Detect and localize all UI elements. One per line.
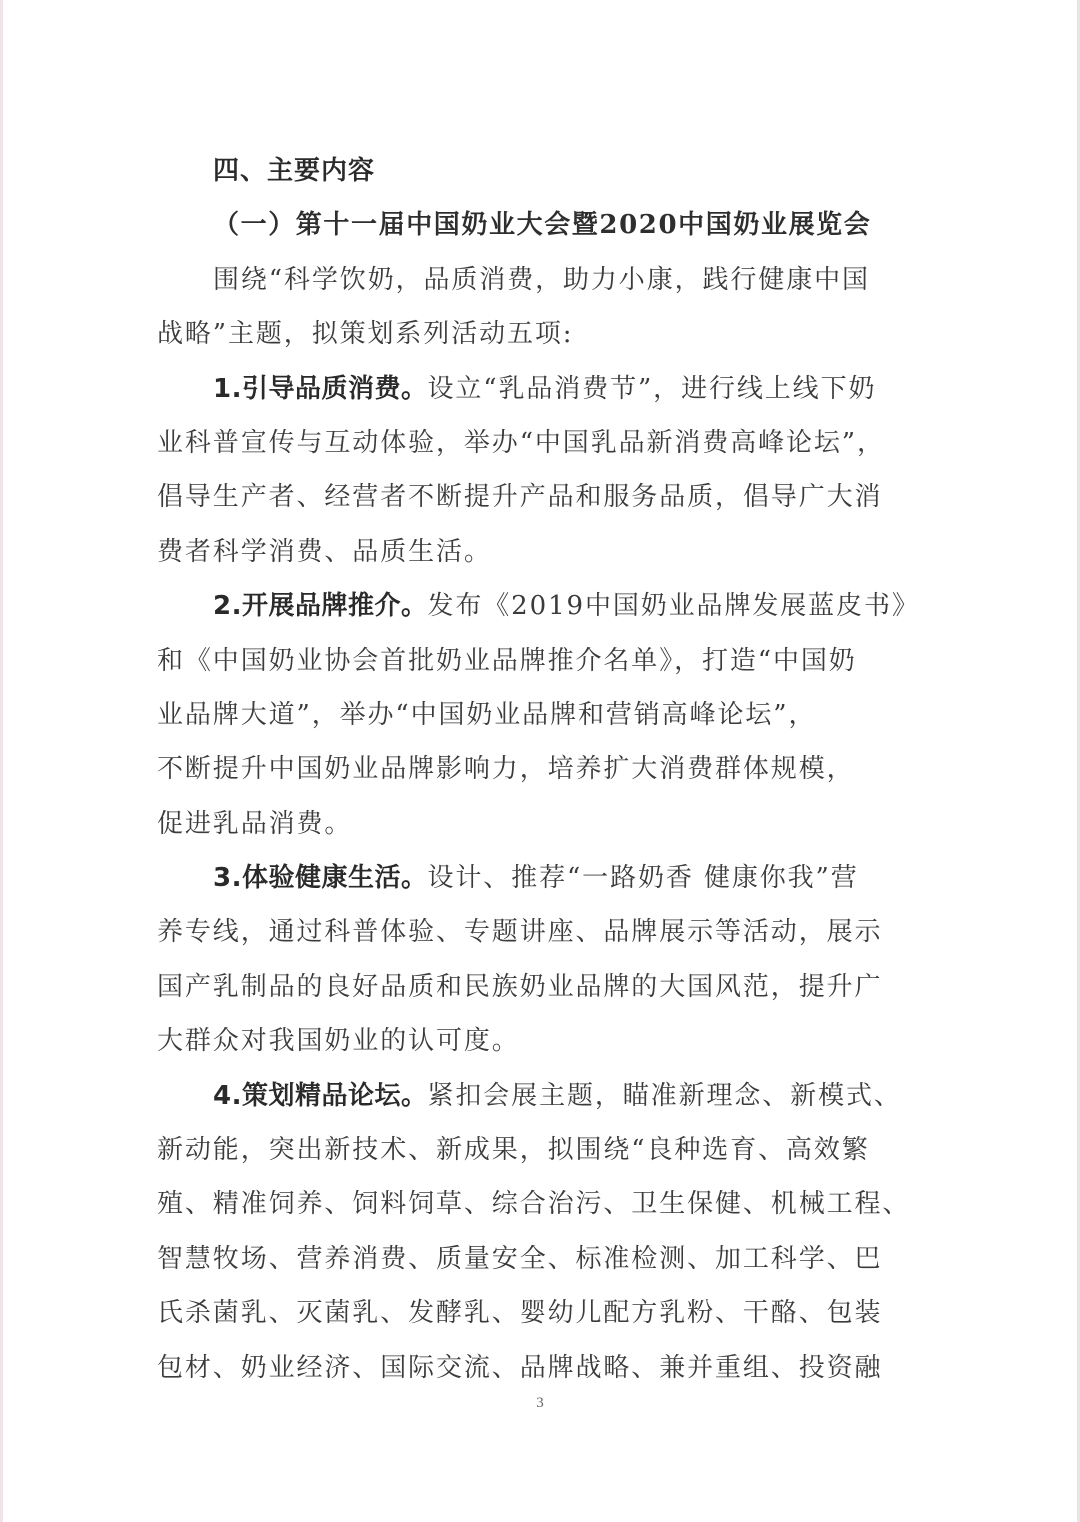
item-paragraph-1: 1.引导品质消费。设立“乳品消费节”，进行线上线下奶 业科普宣传与互动体验，举办… <box>157 362 917 580</box>
item-paragraph-3: 3.体验健康生活。设计、推荐“一路奶香 健康你我”营 养专线，通过科普体验、专题… <box>157 851 917 1069</box>
paragraph-line: 业品牌大道”，举办“中国奶业品牌和营销高峰论坛”， <box>157 688 917 742</box>
paragraph-first-line: 1.引导品质消费。设立“乳品消费节”，进行线上线下奶 <box>157 362 917 416</box>
paragraph-line: 大群众对我国奶业的认可度。 <box>157 1014 917 1068</box>
item-number: 1. <box>213 374 242 404</box>
item-title: 引导品质消费。 <box>242 374 428 404</box>
paragraph-line: 氏杀菌乳、灭菌乳、发酵乳、婴幼儿配方乳粉、干酪、包装 <box>157 1286 917 1340</box>
item-text: 发布《2019中国奶业品牌发展蓝皮书》 <box>427 591 919 621</box>
paragraph-line: 殖、精准饲养、饲料饲草、综合治污、卫生保健、机械工程、 <box>157 1177 917 1231</box>
intro-paragraph: 围绕“科学饮奶，品质消费，助力小康，践行健康中国 战略”主题，拟策划系列活动五项… <box>157 253 917 362</box>
paragraph-line: 不断提升中国奶业品牌影响力，培养扩大消费群体规模， <box>157 742 917 796</box>
item-title: 体验健康生活。 <box>242 863 428 893</box>
paragraph-line: 智慧牧场、营养消费、质量安全、标准检测、加工科学、巴 <box>157 1232 917 1286</box>
paragraph-line: 业科普宣传与互动体验，举办“中国乳品新消费高峰论坛”， <box>157 416 917 470</box>
paragraph-line: 战略”主题，拟策划系列活动五项: <box>157 307 917 361</box>
paragraph-line: 包材、奶业经济、国际交流、品牌战略、兼并重组、投资融 <box>157 1341 917 1395</box>
item-number: 2. <box>213 591 242 621</box>
item-text: 紧扣会展主题，瞄准新理念、新模式、 <box>427 1081 901 1111</box>
paragraph-line: 和《中国奶业协会首批奶业品牌推介名单》，打造“中国奶 <box>157 634 917 688</box>
paragraph-line: 费者科学消费、品质生活。 <box>157 525 917 579</box>
item-paragraph-4: 4.策划精品论坛。紧扣会展主题，瞄准新理念、新模式、 新动能，突出新技术、新成果… <box>157 1069 917 1395</box>
paragraph-line: 新动能，突出新技术、新成果，拟围绕“良种选育、高效繁 <box>157 1123 917 1177</box>
paragraph-first-line: 3.体验健康生活。设计、推荐“一路奶香 健康你我”营 <box>157 851 917 905</box>
paragraph-line: 促进乳品消费。 <box>157 797 917 851</box>
section-heading: 四、主要内容 <box>157 144 917 198</box>
item-text: 设计、推荐“一路奶香 健康你我”营 <box>427 863 858 893</box>
paragraph-line: 围绕“科学饮奶，品质消费，助力小康，践行健康中国 <box>157 253 917 307</box>
item-paragraph-2: 2.开展品牌推介。发布《2019中国奶业品牌发展蓝皮书》 和《中国奶业协会首批奶… <box>157 579 917 851</box>
paragraph-line: 养专线，通过科普体验、专题讲座、品牌展示等活动，展示 <box>157 905 917 959</box>
page-number: 3 <box>0 1395 1080 1412</box>
item-title: 策划精品论坛。 <box>242 1081 428 1111</box>
scan-edge-left <box>0 0 3 1522</box>
paragraph-first-line: 2.开展品牌推介。发布《2019中国奶业品牌发展蓝皮书》 <box>157 579 917 633</box>
item-number: 3. <box>213 863 242 893</box>
item-text: 设立“乳品消费节”，进行线上线下奶 <box>427 374 876 404</box>
item-title: 开展品牌推介。 <box>242 591 428 621</box>
paragraph-line: 倡导生产者、经营者不断提升产品和服务品质，倡导广大消 <box>157 470 917 524</box>
subsection-heading: （一）第十一届中国奶业大会暨2020中国奶业展览会 <box>157 198 917 252</box>
item-number: 4. <box>213 1081 242 1111</box>
document-page: 四、主要内容 （一）第十一届中国奶业大会暨2020中国奶业展览会 围绕“科学饮奶… <box>157 144 917 1395</box>
paragraph-line: 国产乳制品的良好品质和民族奶业品牌的大国风范，提升广 <box>157 960 917 1014</box>
paragraph-first-line: 4.策划精品论坛。紧扣会展主题，瞄准新理念、新模式、 <box>157 1069 917 1123</box>
